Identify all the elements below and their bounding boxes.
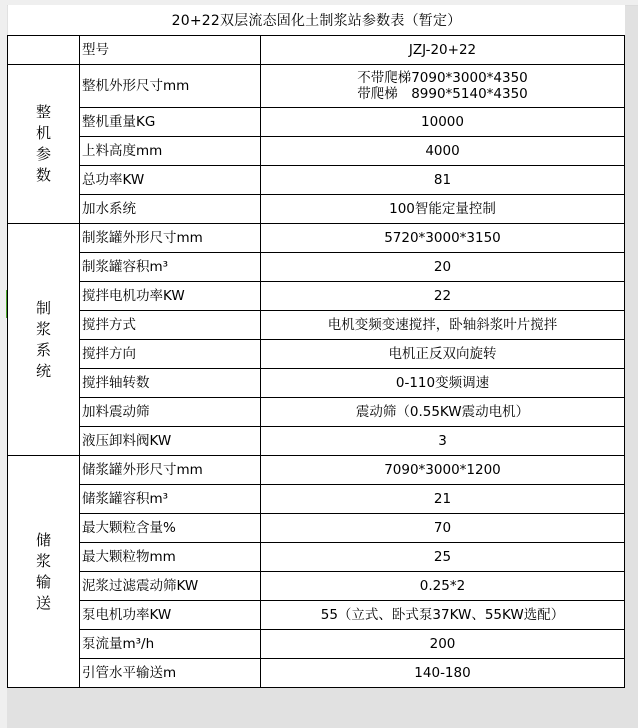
param-name-cell[interactable]: 整机外形尺寸mm xyxy=(80,65,261,108)
param-value-cell[interactable]: 200 xyxy=(261,630,625,659)
param-name-cell[interactable]: 储浆罐外形尺寸mm xyxy=(80,456,261,485)
table-row: 泵流量m³/h200 xyxy=(8,630,625,659)
param-value-cell[interactable]: 25 xyxy=(261,543,625,572)
param-value-cell[interactable]: 0.25*2 xyxy=(261,572,625,601)
param-name-cell[interactable]: 整机重量KG xyxy=(80,108,261,137)
table-row: 整机重量KG10000 xyxy=(8,108,625,137)
param-name-cell[interactable]: 型号 xyxy=(80,36,261,65)
table-row: 上料高度mm4000 xyxy=(8,137,625,166)
param-value-cell[interactable]: 10000 xyxy=(261,108,625,137)
param-name-cell[interactable]: 引管水平输送m xyxy=(80,659,261,688)
table-row: 搅拌电机功率KW22 xyxy=(8,282,625,311)
table-row: 加料震动筛震动筛（0.55KW震动电机） xyxy=(8,398,625,427)
group-label-cell[interactable]: 整机参数 xyxy=(8,65,80,224)
param-name-cell[interactable]: 加料震动筛 xyxy=(80,398,261,427)
table-row: 搅拌轴转数0-110变频调速 xyxy=(8,369,625,398)
cell-empty[interactable] xyxy=(8,36,80,65)
param-name-cell[interactable]: 最大颗粒物mm xyxy=(80,543,261,572)
param-value-cell[interactable]: 81 xyxy=(261,166,625,195)
param-value-cell[interactable]: 22 xyxy=(261,282,625,311)
table-row: 加水系统100智能定量控制 xyxy=(8,195,625,224)
param-name-cell[interactable]: 储浆罐容积m³ xyxy=(80,485,261,514)
value-line: 带爬梯 8990*5140*4350 xyxy=(261,86,624,102)
param-value-cell[interactable]: 3 xyxy=(261,427,625,456)
param-name-cell[interactable]: 加水系统 xyxy=(80,195,261,224)
group-label-cell[interactable]: 制浆系统 xyxy=(8,224,80,456)
table-row: 搅拌方式电机变频变速搅拌，卧轴斜浆叶片搅拌 xyxy=(8,311,625,340)
param-value-cell[interactable]: 0-110变频调速 xyxy=(261,369,625,398)
group-label: 储浆输送 xyxy=(36,530,52,614)
param-value-cell[interactable]: 140-180 xyxy=(261,659,625,688)
param-name-cell[interactable]: 总功率KW xyxy=(80,166,261,195)
table-row: 搅拌方向电机正反双向旋转 xyxy=(8,340,625,369)
param-value-cell[interactable]: 不带爬梯7090*3000*4350 带爬梯 8990*5140*4350 xyxy=(261,65,625,108)
param-name-cell[interactable]: 最大颗粒含量% xyxy=(80,514,261,543)
table-row: 总功率KW81 xyxy=(8,166,625,195)
table-row: 最大颗粒含量%70 xyxy=(8,514,625,543)
param-name-cell[interactable]: 搅拌轴转数 xyxy=(80,369,261,398)
table-row: 泵电机功率KW55（立式、卧式泵37KW、55KW选配） xyxy=(8,601,625,630)
param-value-cell[interactable]: 4000 xyxy=(261,137,625,166)
param-value-cell[interactable]: 震动筛（0.55KW震动电机） xyxy=(261,398,625,427)
param-name-cell[interactable]: 搅拌方向 xyxy=(80,340,261,369)
param-value-cell[interactable]: 21 xyxy=(261,485,625,514)
spec-table: 型号 JZJ-20+22 整机参数 整机外形尺寸mm 不带爬梯7090*3000… xyxy=(7,35,625,688)
group-label: 制浆系统 xyxy=(36,298,52,382)
param-value-cell[interactable]: 5720*3000*3150 xyxy=(261,224,625,253)
param-name-cell[interactable]: 泵流量m³/h xyxy=(80,630,261,659)
param-value-cell[interactable]: 电机变频变速搅拌，卧轴斜浆叶片搅拌 xyxy=(261,311,625,340)
param-value-cell[interactable]: 20 xyxy=(261,253,625,282)
param-name-cell[interactable]: 搅拌方式 xyxy=(80,311,261,340)
param-value-cell[interactable]: JZJ-20+22 xyxy=(261,36,625,65)
param-name-cell[interactable]: 制浆罐外形尺寸mm xyxy=(80,224,261,253)
sheet-title-cell[interactable]: 20+22双层流态固化土制浆站参数表（暂定） xyxy=(8,5,625,35)
param-name-cell[interactable]: 搅拌电机功率KW xyxy=(80,282,261,311)
param-name-cell[interactable]: 泵电机功率KW xyxy=(80,601,261,630)
param-name-cell[interactable]: 液压卸料阀KW xyxy=(80,427,261,456)
table-row-model: 型号 JZJ-20+22 xyxy=(8,36,625,65)
param-value-cell[interactable]: 电机正反双向旋转 xyxy=(261,340,625,369)
table-row: 储浆输送 储浆罐外形尺寸mm 7090*3000*1200 xyxy=(8,456,625,485)
table-row: 最大颗粒物mm25 xyxy=(8,543,625,572)
table-row: 引管水平输送m140-180 xyxy=(8,659,625,688)
row-header-strip xyxy=(0,0,7,728)
value-line: 不带爬梯7090*3000*4350 xyxy=(261,70,624,86)
sheet-title: 20+22双层流态固化土制浆站参数表（暂定） xyxy=(172,10,462,30)
table-row: 储浆罐容积m³21 xyxy=(8,485,625,514)
param-name-cell[interactable]: 泥浆过滤震动筛KW xyxy=(80,572,261,601)
param-name-cell[interactable]: 制浆罐容积m³ xyxy=(80,253,261,282)
param-value-cell[interactable]: 55（立式、卧式泵37KW、55KW选配） xyxy=(261,601,625,630)
param-value-cell[interactable]: 100智能定量控制 xyxy=(261,195,625,224)
param-value-cell[interactable]: 7090*3000*1200 xyxy=(261,456,625,485)
table-row: 制浆系统 制浆罐外形尺寸mm 5720*3000*3150 xyxy=(8,224,625,253)
table-row: 整机参数 整机外形尺寸mm 不带爬梯7090*3000*4350 带爬梯 899… xyxy=(8,65,625,108)
group-label-cell[interactable]: 储浆输送 xyxy=(8,456,80,688)
group-label: 整机参数 xyxy=(36,102,52,186)
table-row: 制浆罐容积m³20 xyxy=(8,253,625,282)
param-name-cell[interactable]: 上料高度mm xyxy=(80,137,261,166)
table-row: 液压卸料阀KW3 xyxy=(8,427,625,456)
param-value-cell[interactable]: 70 xyxy=(261,514,625,543)
table-row: 泥浆过滤震动筛KW0.25*2 xyxy=(8,572,625,601)
